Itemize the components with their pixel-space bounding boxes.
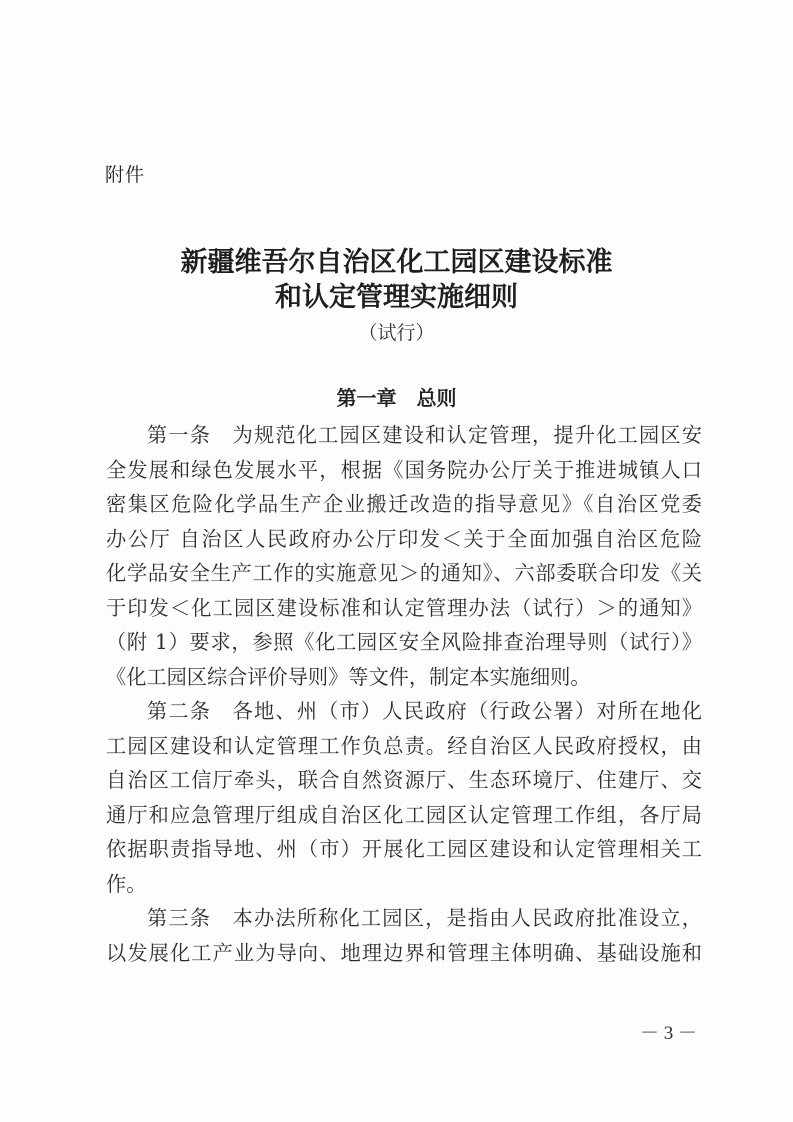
- text-line: 第一条 为规范化工园区建设和认定管理，提升化工园区安: [106, 418, 702, 453]
- article-2: 第二条 各地、州（市）人民政府（行政公署）对所在地化 工园区建设和认定管理工作负…: [106, 694, 702, 901]
- article-1: 第一条 为规范化工园区建设和认定管理，提升化工园区安 全发展和绿色发展水平，根据…: [106, 418, 702, 694]
- text-line: 《化工园区综合评价导则》等文件，制定本实施细则。: [106, 660, 702, 695]
- document-title-line-1: 新疆维吾尔自治区化工园区建设标准: [0, 240, 793, 279]
- text-line: 办公厅 自治区人民政府办公厅印发＜关于全面加强自治区危险: [106, 522, 702, 557]
- text-line: 化学品安全生产工作的实施意见＞的通知》、六部委联合印发《关: [106, 556, 702, 591]
- text-line: 第三条 本办法所称化工园区，是指由人民政府批准设立，: [106, 901, 702, 936]
- text-line: 第二条 各地、州（市）人民政府（行政公署）对所在地化: [106, 694, 702, 729]
- document-page: 附件 新疆维吾尔自治区化工园区建设标准 和认定管理实施细则 （试行） 第一章 总…: [0, 0, 793, 1122]
- attachment-label: 附件: [105, 160, 145, 187]
- text-line: 通厅和应急管理厅组成自治区化工园区认定管理工作组，各厅局: [106, 798, 702, 833]
- article-3: 第三条 本办法所称化工园区，是指由人民政府批准设立， 以发展化工产业为导向、地理…: [106, 901, 702, 970]
- text-line: 工园区建设和认定管理工作负总责。经自治区人民政府授权，由: [106, 729, 702, 764]
- text-line: 作。: [106, 867, 702, 902]
- text-line: 全发展和绿色发展水平，根据《国务院办公厅关于推进城镇人口: [106, 453, 702, 488]
- text-line: 依据职责指导地、州（市）开展化工园区建设和认定管理相关工: [106, 832, 702, 867]
- text-line: （附 1）要求，参照《化工园区安全风险排查治理导则（试行）》: [106, 625, 702, 660]
- text-line: 密集区危险化学品生产企业搬迁改造的指导意见》《自治区党委: [106, 487, 702, 522]
- document-title-line-2: 和认定管理实施细则: [0, 275, 793, 314]
- chapter-heading: 第一章 总则: [0, 382, 793, 411]
- text-line: 于印发＜化工园区建设标准和认定管理办法（试行）＞的通知》: [106, 591, 702, 626]
- text-line: 以发展化工产业为导向、地理边界和管理主体明确、基础设施和: [106, 936, 702, 971]
- document-subtitle: （试行）: [0, 318, 793, 345]
- document-body: 第一条 为规范化工园区建设和认定管理，提升化工园区安 全发展和绿色发展水平，根据…: [106, 418, 702, 970]
- text-line: 自治区工信厅牵头，联合自然资源厅、生态环境厅、住建厅、交: [106, 763, 702, 798]
- page-number: － 3 －: [640, 1018, 697, 1045]
